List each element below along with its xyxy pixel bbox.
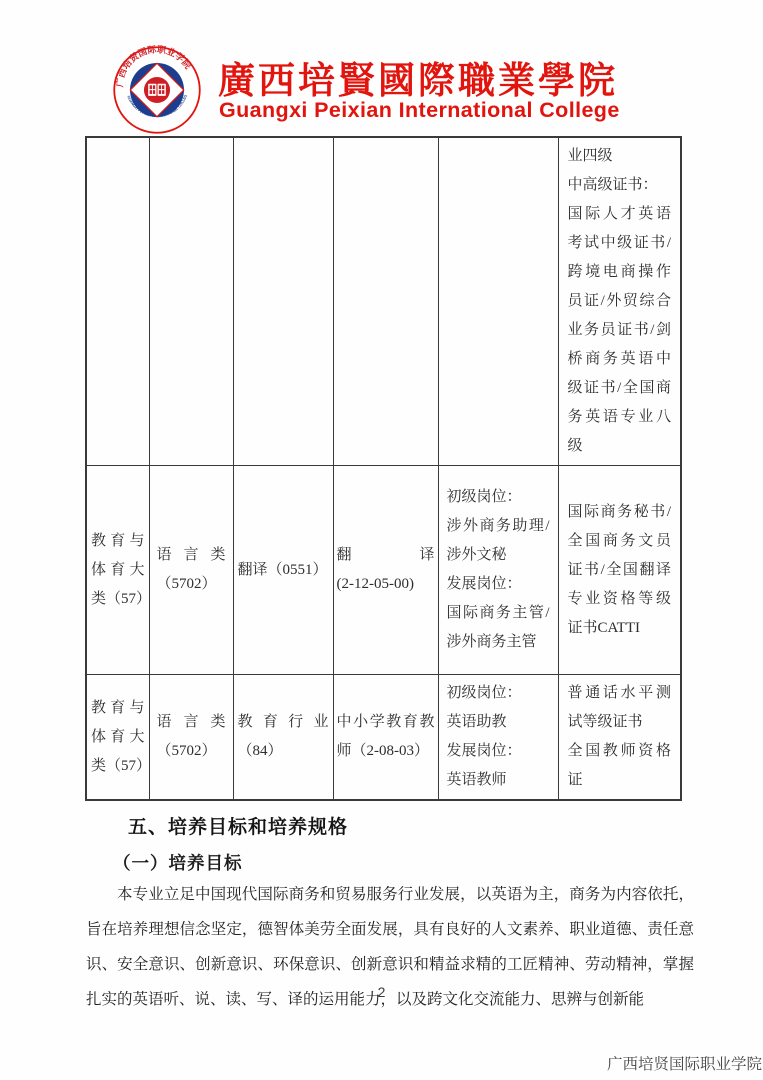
table-cell-class: 语言类（5702） [149, 675, 233, 801]
table-cell-major: 翻译（0551） [233, 466, 333, 675]
curriculum-table: 业四级 中高级证书： 国际人才英语考试中级证书/跨境电商操作员证/外贸综合业务员… [85, 136, 682, 801]
table-cell-positions: 初级岗位： 英语助教 发展岗位： 英语教师 [438, 675, 558, 801]
table-cell [86, 137, 149, 466]
table-cell-certificates: 业四级 中高级证书： 国际人才英语考试中级证书/跨境电商操作员证/外贸综合业务员… [558, 137, 681, 466]
table-cell [233, 137, 333, 466]
college-logo-icon: 广西培贤国际职业学院 GUANGXI PEIXIAN INTERNATIONAL… [112, 45, 202, 135]
table-cell [149, 137, 233, 466]
table-cell-certificates: 国际商务秘书/全国商务文员证书/全国翻译专业资格等级证书CATTI [558, 466, 681, 675]
table-cell-occupation: 翻译 (2-12-05-00) [333, 466, 438, 675]
footer-college-name: 广西培贤国际职业学院 [607, 1052, 762, 1074]
table-cell-class: 语言类（5702） [149, 466, 233, 675]
table-cell-category: 教育与体育大类（57） [86, 675, 149, 801]
table-cell [333, 137, 438, 466]
table-row: 业四级 中高级证书： 国际人才英语考试中级证书/跨境电商操作员证/外贸综合业务员… [86, 137, 681, 466]
document-page: 广西培贤国际职业学院 GUANGXI PEIXIAN INTERNATIONAL… [0, 0, 763, 1080]
table-cell-positions: 初级岗位： 涉外商务助理/涉外文秘 发展岗位： 国际商务主管/涉外商务主管 [438, 466, 558, 675]
subsection-heading: （一）培养目标 [113, 850, 243, 875]
table-row: 教育与体育大类（57） 语言类（5702） 教育行业（84） 中小学教育教师（2… [86, 675, 681, 801]
college-name-zh: 廣西培賢國際職業學院 [218, 50, 618, 104]
table-cell-certificates: 普通话水平测试等级证书 全国教师资格证 [558, 675, 681, 801]
table-row: 教育与体育大类（57） 语言类（5702） 翻译（0551） 翻译 (2-12-… [86, 466, 681, 675]
table-cell-category: 教育与体育大类（57） [86, 466, 149, 675]
college-name-en: Guangxi Peixian International College [219, 98, 620, 123]
section-heading: 五、培养目标和培养规格 [128, 812, 348, 839]
table-cell-occupation: 中小学教育教师（2-08-03） [333, 675, 438, 801]
table-cell [438, 137, 558, 466]
page-number: 2 [0, 984, 763, 1000]
table-cell-major: 教育行业（84） [233, 675, 333, 801]
